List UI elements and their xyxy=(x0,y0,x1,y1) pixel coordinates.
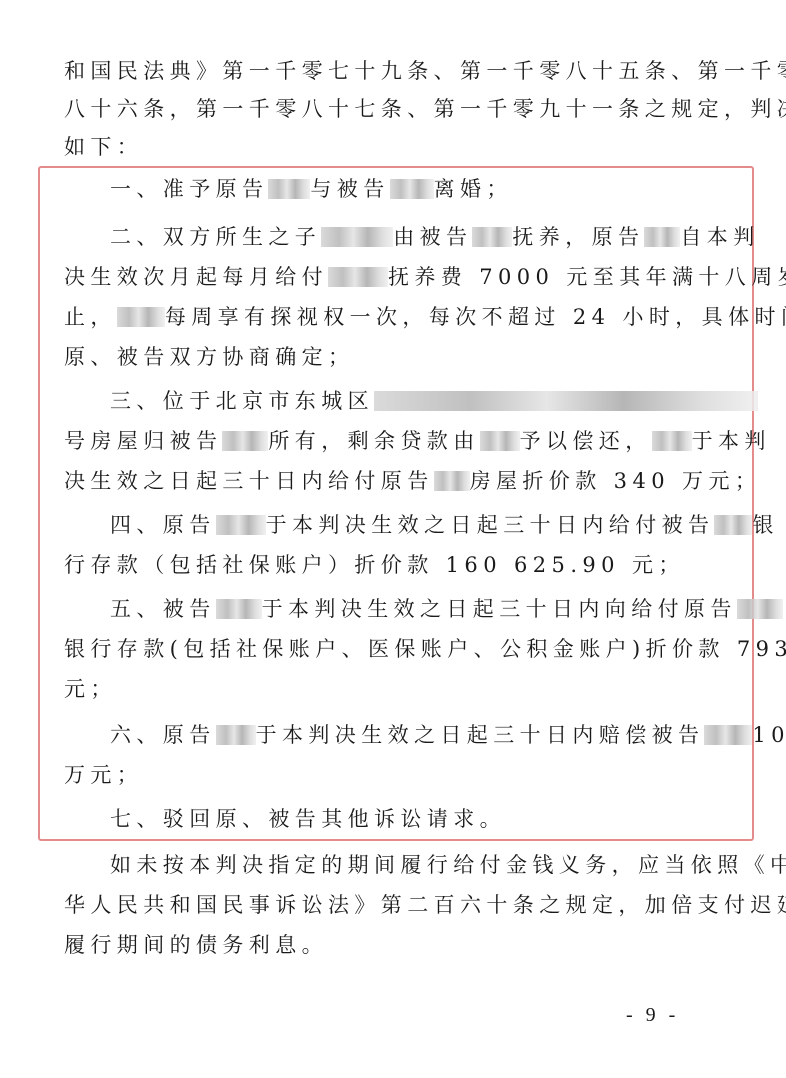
judgment-item-3-line-2: 号房屋归被告所有，剩余贷款由予以偿还，于本判 xyxy=(64,422,734,460)
text-segment: 离婚； xyxy=(434,177,513,201)
text-segment: 止， xyxy=(64,305,117,329)
text-segment: 所有，剩余贷款由 xyxy=(268,429,479,453)
redacted-name xyxy=(222,431,268,451)
redacted-name xyxy=(737,599,783,619)
text-segment: 号房屋归被告 xyxy=(64,429,222,453)
judgment-item-4-line-1: 四、原告于本判决生效之日起三十日内给付被告银 xyxy=(110,506,734,544)
intro-line-2: 八十六条，第一千零八十七条、第一千零九十一条之规定，判决 xyxy=(64,90,734,128)
redacted-name xyxy=(216,515,266,535)
text-segment: 于本判决生效之日起三十日内给付被告 xyxy=(266,513,715,537)
text-segment: 抚养费 7000 元至其年满十八周岁时 xyxy=(388,265,786,289)
judgment-item-6-line-2: 万元； xyxy=(64,756,734,794)
judgment-item-5-line-1: 五、被告于本判决生效之日起三十日内向给付原告 xyxy=(110,590,734,628)
text-segment: 一、准予原告 xyxy=(110,177,268,201)
document-page: 和国民法典》第一千零七十九条、第一千零八十五条、第一千零 八十六条，第一千零八十… xyxy=(0,0,786,1078)
judgment-item-2-line-3: 止，每周享有探视权一次，每次不超过 24 小时，具体时间由 xyxy=(64,298,734,336)
redacted-address xyxy=(374,391,758,411)
redacted-name xyxy=(268,179,310,199)
text-segment: 决生效次月起每月给付 xyxy=(64,265,328,289)
judgment-item-2-line-4: 原、被告双方协商确定； xyxy=(64,338,734,376)
redacted-name xyxy=(321,227,393,247)
text-segment: 抚养，原告 xyxy=(512,225,644,249)
text-segment: 房屋折价款 340 万元； xyxy=(470,469,762,493)
redacted-name xyxy=(714,515,752,535)
closing-line-3: 履行期间的债务利息。 xyxy=(64,926,734,964)
judgment-item-2-line-2: 决生效次月起每月给付抚养费 7000 元至其年满十八周岁时 xyxy=(64,258,734,296)
text-segment: 每周享有探视权一次，每次不超过 24 小时，具体时间由 xyxy=(165,305,786,329)
redacted-name xyxy=(644,227,680,247)
text-segment: 五、被告 xyxy=(110,597,216,621)
text-segment: 予以偿还， xyxy=(520,429,652,453)
judgment-item-7: 七、驳回原、被告其他诉讼请求。 xyxy=(110,800,734,838)
text-segment: 于本判决生效之日起三十日内赔偿被告 xyxy=(256,723,705,747)
text-segment: 银 xyxy=(752,513,778,537)
page-number: - 9 - xyxy=(626,1004,679,1027)
text-segment: 决生效之日起三十日内给付原告 xyxy=(64,469,434,493)
judgment-item-1: 一、准予原告与被告离婚； xyxy=(110,170,734,208)
closing-line-1: 如未按本判决指定的期间履行给付金钱义务，应当依照《中 xyxy=(110,846,734,884)
intro-line-1: 和国民法典》第一千零七十九条、第一千零八十五条、第一千零 xyxy=(64,52,734,90)
judgment-item-2-line-1: 二、双方所生之子由被告抚养，原告自本判 xyxy=(110,218,734,256)
text-segment: 由被告 xyxy=(393,225,472,249)
judgment-item-5-line-2: 银行存款(包括社保账户、医保账户、公积金账户)折价款 7935.44 xyxy=(64,630,734,668)
judgment-item-3-line-3: 决生效之日起三十日内给付原告房屋折价款 340 万元； xyxy=(64,462,734,500)
redacted-name xyxy=(216,725,256,745)
redacted-name xyxy=(328,267,388,287)
text-segment: 三、位于北京市东城区 xyxy=(110,389,374,413)
text-segment: 六、原告 xyxy=(110,723,216,747)
text-segment: 二、双方所生之子 xyxy=(110,225,321,249)
judgment-item-3-line-1: 三、位于北京市东城区 xyxy=(110,382,734,420)
redacted-name xyxy=(480,431,520,451)
text-segment: 10 xyxy=(752,723,786,747)
redacted-name xyxy=(472,227,512,247)
closing-line-2: 华人民共和国民事诉讼法》第二百六十条之规定，加倍支付迟延 xyxy=(64,886,734,924)
redacted-name xyxy=(704,725,752,745)
intro-line-3: 如下： xyxy=(64,128,734,166)
redacted-name xyxy=(117,307,165,327)
redacted-name xyxy=(390,179,434,199)
text-segment: 与被告 xyxy=(310,177,389,201)
text-segment: 于本判 xyxy=(692,429,771,453)
redacted-name xyxy=(652,431,692,451)
redacted-name xyxy=(216,599,262,619)
text-segment: 四、原告 xyxy=(110,513,216,537)
redacted-name xyxy=(434,471,470,491)
judgment-item-5-line-3: 元； xyxy=(64,670,734,708)
text-segment: 于本判决生效之日起三十日内向给付原告 xyxy=(262,597,737,621)
judgment-item-6-line-1: 六、原告于本判决生效之日起三十日内赔偿被告10 xyxy=(110,716,734,754)
judgment-item-4-line-2: 行存款（包括社保账户）折价款 160 625.90 元； xyxy=(64,546,734,584)
text-segment: 自本判 xyxy=(680,225,759,249)
